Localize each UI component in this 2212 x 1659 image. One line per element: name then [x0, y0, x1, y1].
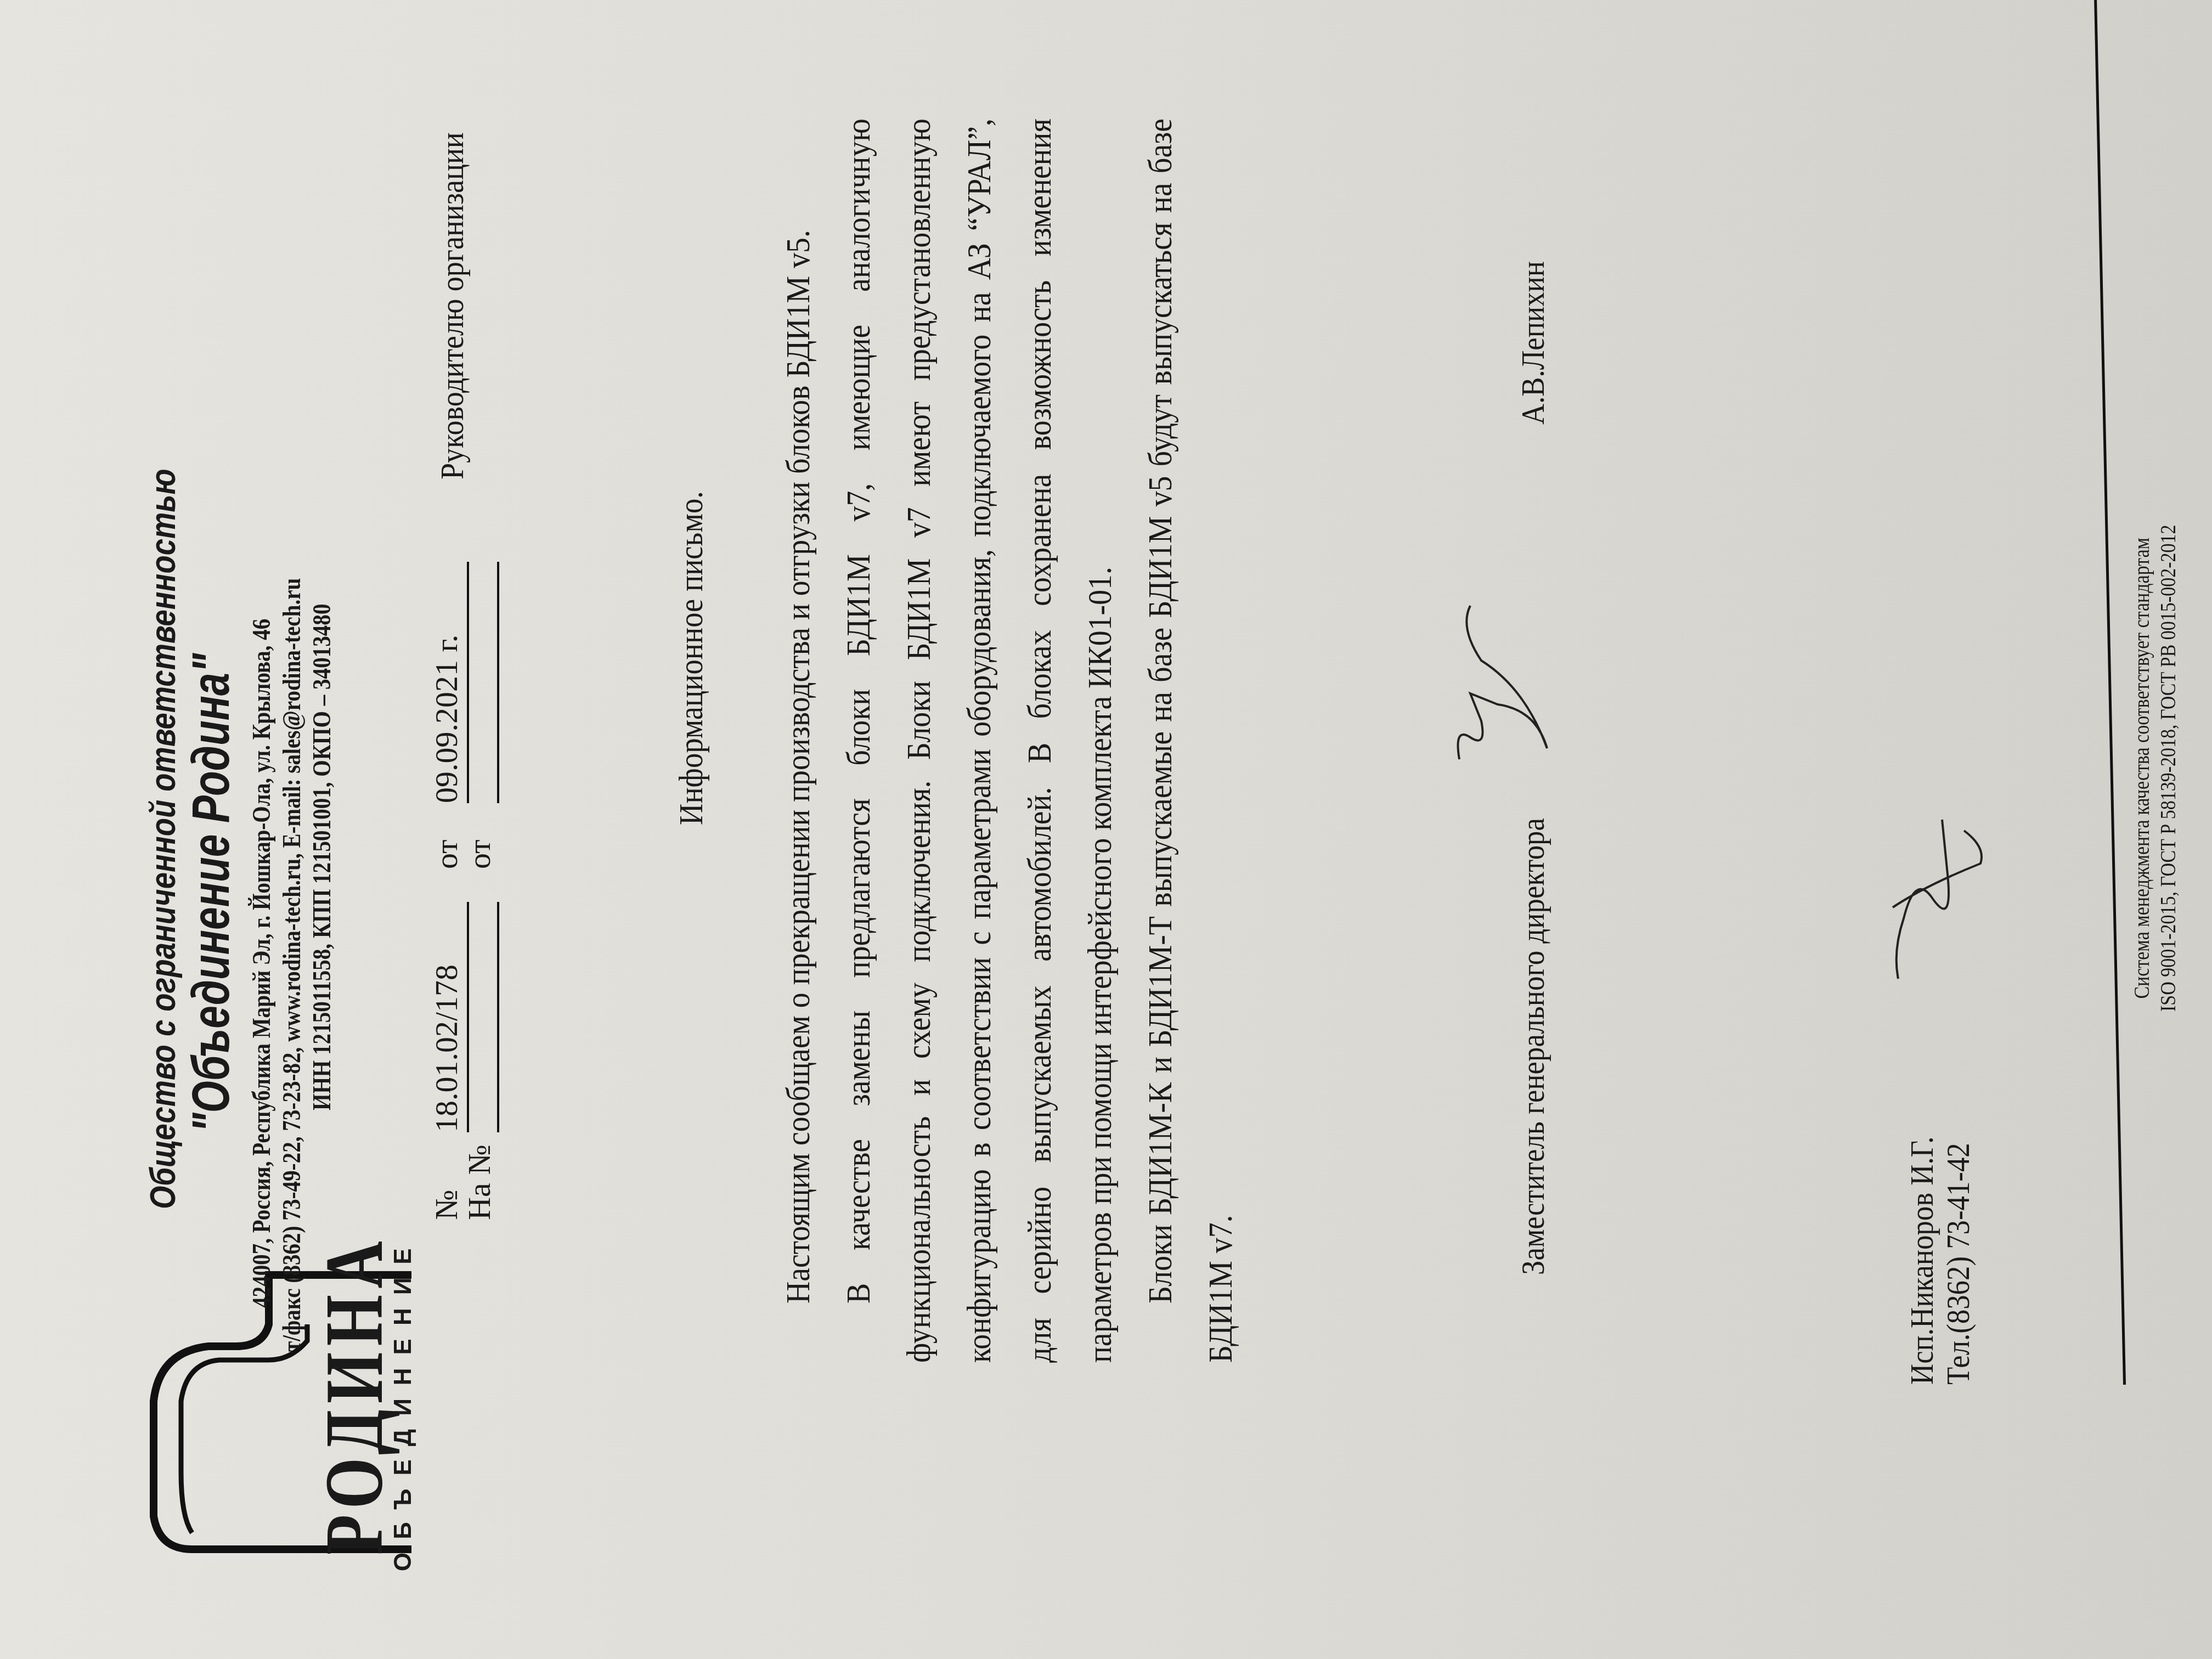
signature-icon [1448, 589, 1558, 770]
org-requisites: ИНН 1215011558, КПП 121501001, ОКПО – 34… [307, 0, 336, 1110]
footer-quality: Система менеджмента качества соответству… [2129, 524, 2181, 1012]
reply-from-label: от [461, 839, 498, 869]
ref-from-label: от [428, 839, 465, 869]
org-address: 424007, Россия, Республика Марий Эл, г. … [247, 95, 276, 1308]
executor-block: Исп.Никаноров И.Г. Тел.(8362) 73-41-42 [1904, 1137, 1976, 1385]
logo-subtitle: ОБЪЕДИНЕНИЕ [390, 1235, 417, 1571]
org-name: "Объединение Родина" [181, 653, 241, 1132]
letter-title: Информационное письмо. [672, 491, 711, 825]
reply-date-blank [461, 562, 499, 803]
executor-name: Исп.Никаноров И.Г. [1904, 1137, 1940, 1385]
footer-line-2: ISO 9001-2015, ГОСТ Р 58139-2018, ГОСТ Р… [2155, 524, 2181, 1012]
body-paragraph: В качестве замены предлагаются блоки БДИ… [828, 119, 1130, 1363]
reply-number-blank [461, 902, 499, 1132]
executor-signature-icon [1882, 809, 1991, 984]
body-paragraph: Настоящим сообщаем о прекращении произво… [768, 119, 828, 1363]
logo-wordmark: РОДИНА [307, 1235, 402, 1555]
footer-divider [2093, 0, 2126, 1385]
letter-page: РОДИНА ОБЪЕДИНЕНИЕ Общество с ограниченн… [0, 0, 2212, 1659]
signer-name: А.В.Лепихин [1514, 261, 1552, 425]
recipient: Руководителю организации [433, 132, 471, 479]
body-paragraph: Блоки БДИ1М-К и БДИ1М-Т выпускаемые на б… [1130, 119, 1251, 1363]
footer-line-1: Система менеджмента качества соответству… [2129, 524, 2155, 1012]
executor-phone: Тел.(8362) 73-41-42 [1940, 1137, 1976, 1385]
ref-number-label: № [428, 1190, 465, 1220]
signer-position: Заместитель генерального директора [1514, 818, 1552, 1275]
org-contacts: т/факс (8362) 73-49-22, 73-23-82, www.ro… [277, 139, 306, 1352]
org-type: Общество с ограниченной ответственностью [143, 469, 183, 1209]
reply-number-label: На № [461, 1145, 498, 1220]
letter-body: Настоящим сообщаем о прекращении произво… [768, 119, 1251, 1363]
